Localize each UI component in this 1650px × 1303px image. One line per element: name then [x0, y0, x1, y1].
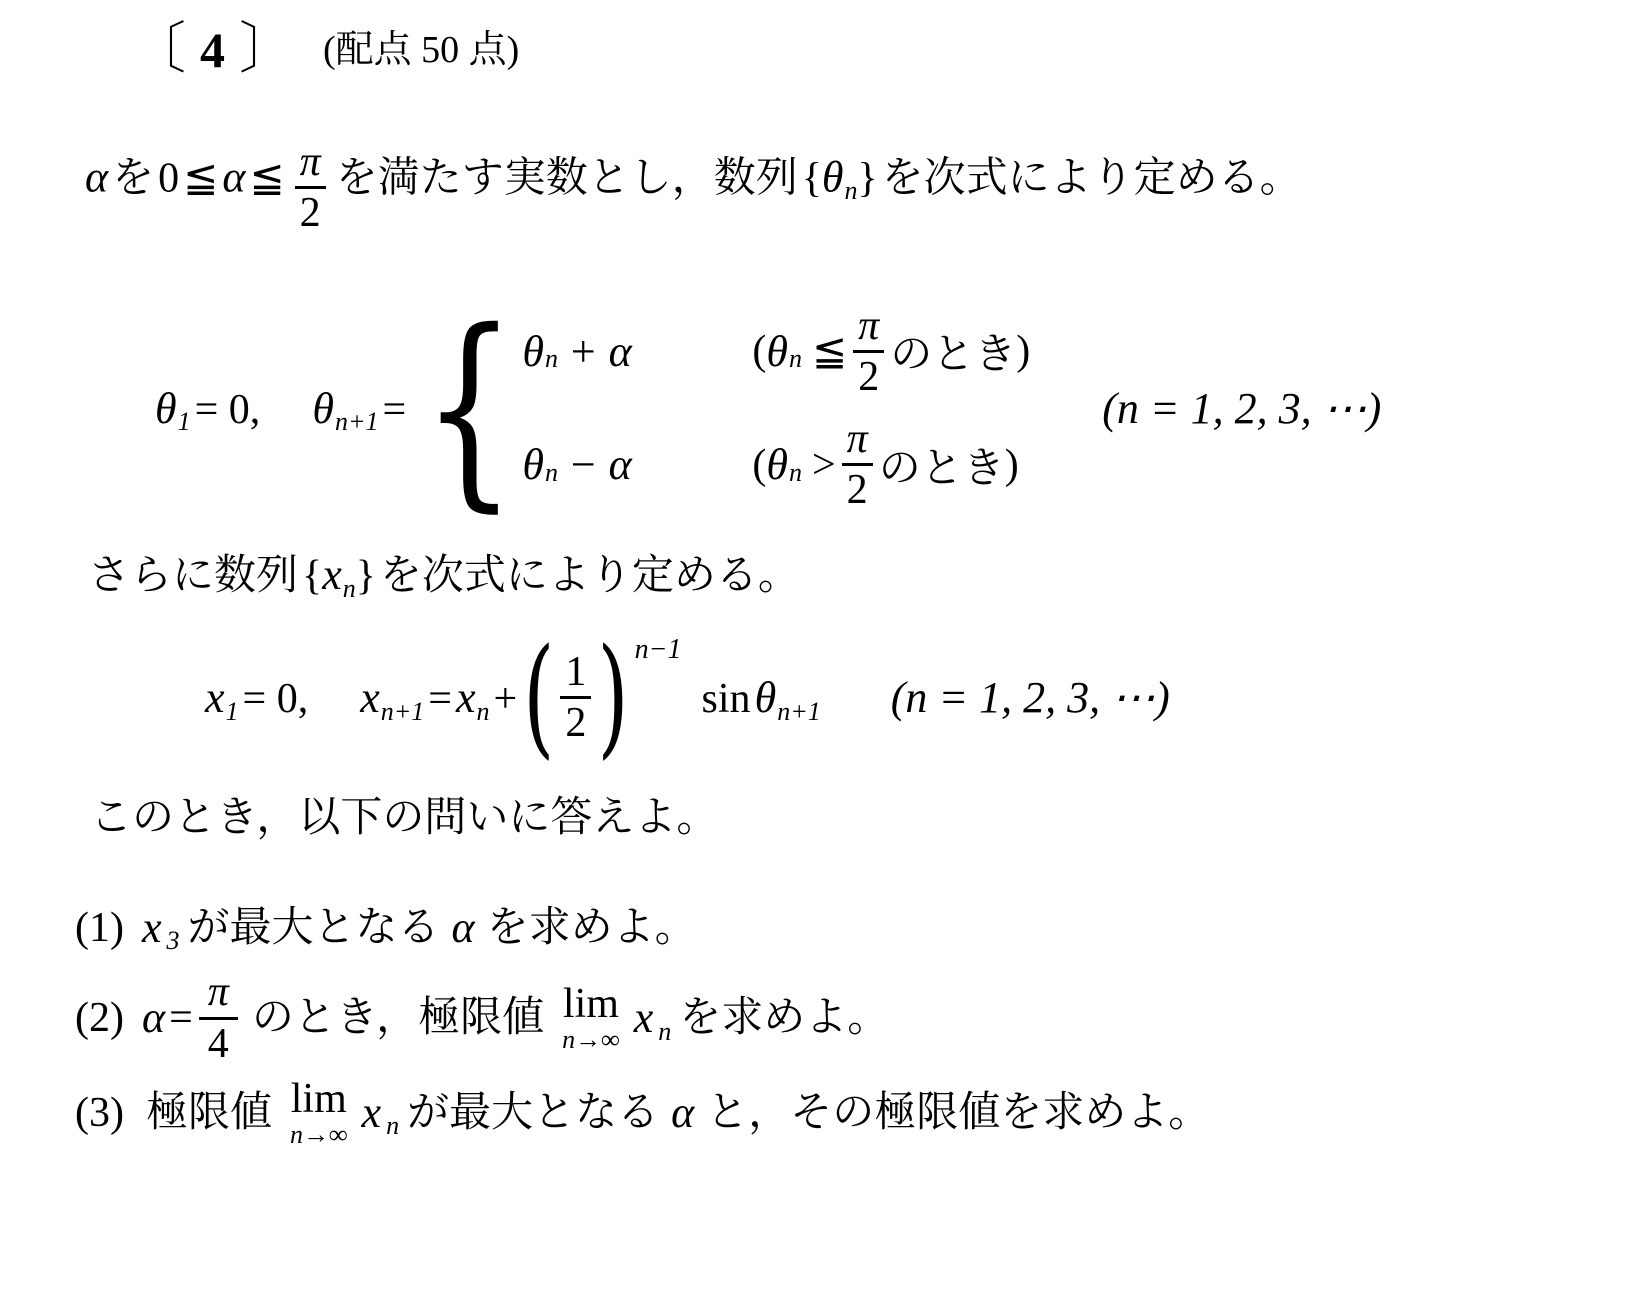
fraction-denominator: 2 [560, 699, 591, 747]
xn-term: xn [630, 992, 672, 1045]
fraction-denominator: 4 [203, 1020, 234, 1068]
alpha-symbol: α [222, 152, 245, 201]
alpha-symbol: α [85, 152, 108, 201]
x-subscript: n [658, 1017, 671, 1046]
question-3-label: (3) [75, 1088, 124, 1138]
points-label: (配点 50 点) [323, 31, 519, 69]
theta-symbol: θ [755, 673, 777, 722]
one-half-fraction: 12 [560, 648, 591, 748]
minus-alpha: − α [568, 439, 632, 490]
plus-sign: + [494, 676, 518, 722]
question-1: (1) x3 が最大となる α を求めよ。 [75, 902, 1650, 955]
theta-subscript: n [789, 346, 802, 372]
x-next-term: xn+1 = xn + [360, 672, 517, 723]
lim-subscript: n→∞ [290, 1122, 348, 1148]
case2-expression: θn− α [522, 439, 752, 490]
theta-subscript: n [845, 176, 858, 205]
particle-wo: を [112, 155, 154, 201]
case1-notoki-text: のとき [890, 321, 1016, 381]
fraction-numerator: 1 [560, 648, 591, 696]
pi-over-4-fraction: π4 [199, 968, 238, 1068]
case1-condition: (θn≦π2のとき) [752, 302, 1030, 402]
case2-condition: (θn>π2のとき) [752, 415, 1018, 515]
lead-in-sentence: このとき，以下の問いに答えよ。 [90, 793, 1650, 843]
lim-text: lim [563, 983, 619, 1025]
cases-brace: { [422, 303, 516, 513]
lim-text: lim [291, 1078, 347, 1120]
half-power-term: (12)n−1 [523, 648, 681, 748]
question-1-text-end: を求めよ。 [487, 903, 697, 953]
case1-expression: θn+ α [522, 326, 752, 377]
intro-text-end: を次式により定める。 [882, 155, 1302, 201]
x-recurrence-formula: x1 = 0, xn+1 = xn + (12)n−1 sinθn+1 (n =… [205, 648, 1650, 748]
x-subscript: n [386, 1111, 399, 1140]
power-exponent: n−1 [635, 634, 682, 666]
question-2: (2) α = π4 のとき，極限値 limn→∞ xn を求めよ。 [75, 968, 1650, 1068]
equals-sign: = [428, 676, 452, 722]
alpha-symbol: α [452, 902, 475, 955]
big-paren-close: ) [597, 633, 628, 763]
theta-next-term: θn+1 = [312, 383, 406, 434]
theta-symbol: θ [766, 326, 788, 377]
theta-subscript: n+1 [335, 407, 379, 436]
n-range-annotation: (n = 1, 2, 3, ⋯) [891, 672, 1170, 723]
theta-subscript: n [789, 460, 802, 486]
n-range-annotation: (n = 1, 2, 3, ⋯) [1102, 383, 1381, 434]
lim-subscript: n→∞ [562, 1027, 620, 1053]
fraction-denominator: 2 [295, 189, 326, 237]
limit-operator: limn→∞ [562, 983, 620, 1053]
x-subscript: n [477, 697, 490, 726]
x-subscript: n+1 [381, 697, 425, 726]
fraction-numerator: π [203, 968, 234, 1016]
theta-subscript: n [545, 346, 558, 372]
x-symbol: x [142, 903, 162, 952]
theta-subscript: n [545, 460, 558, 486]
question-1-text-mid: が最大となる [188, 903, 440, 953]
second-sequence-sentence: さらに数列 {xn} を次式により定める。 [88, 549, 1650, 602]
x-symbol: x [634, 993, 654, 1042]
fraction-numerator: π [853, 302, 884, 350]
theta-symbol: θ [522, 326, 544, 377]
plus-alpha: + α [568, 326, 632, 377]
equals-zero: = 0, [195, 387, 261, 433]
set-brace-open: { [302, 553, 322, 599]
leq-symbol: ≦ [183, 155, 218, 201]
intro-sentence: α を 0 ≦ α ≦ π2 を満たす実数とし，数列 {θn} を次式により定め… [85, 138, 1650, 238]
x-subscript: n [343, 574, 356, 603]
sin-function: sin [702, 676, 751, 722]
theta-initial-term: θ1 = 0, [155, 383, 260, 434]
x-subscript: 1 [226, 697, 239, 726]
question-2-text-mid: のとき，極限値 [252, 993, 544, 1043]
sarani-text-post: を次式により定める。 [380, 553, 800, 599]
alpha-symbol: α [671, 1087, 694, 1140]
paren-close: ) [1016, 327, 1030, 375]
theta-symbol: θ [766, 439, 788, 490]
question-3-text-end: と，その極限値を求めよ。 [706, 1088, 1210, 1138]
equals-sign: = [382, 387, 406, 433]
sin-term: sinθn+1 [688, 672, 821, 723]
x-symbol: x [362, 1088, 382, 1137]
cases-block: θn+ α (θn≦π2のとき) θn− α (θn>π2のとき) [522, 302, 1030, 515]
pi-over-2-fraction: π2 [842, 415, 873, 515]
limit-operator: limn→∞ [290, 1078, 348, 1148]
intro-text-mid: を満たす実数とし，数列 [336, 155, 798, 201]
equals-sign: = [169, 993, 193, 1043]
header-bracket-right: 〕 [239, 22, 295, 78]
fraction-denominator: 2 [853, 353, 884, 401]
big-paren-open: ( [523, 633, 554, 763]
set-brace-close: } [356, 553, 376, 599]
fraction-numerator: π [842, 415, 873, 463]
gt-symbol: > [812, 441, 836, 489]
pi-over-2-fraction: π2 [853, 302, 884, 402]
case-row-1: θn+ α (θn≦π2のとき) [522, 302, 1030, 402]
theta-symbol: θ [822, 152, 844, 201]
theta-symbol: θ [522, 439, 544, 490]
question-1-label: (1) [75, 903, 124, 953]
equals-zero: = 0, [243, 676, 309, 722]
x-symbol: x [456, 673, 476, 722]
exam-problem-page: 〔 4 〕 (配点 50 点) α を 0 ≦ α ≦ π2 を満たす実数とし，… [0, 0, 1650, 1303]
leq-symbol: ≦ [249, 155, 284, 201]
alpha-symbol: α [142, 992, 165, 1045]
x3-term: x3 [138, 902, 180, 955]
set-brace-close: } [858, 155, 878, 201]
problem-number: 4 [200, 25, 225, 75]
theta-symbol: θ [155, 384, 177, 433]
paren-close: ) [1005, 441, 1019, 489]
xn-term: xn [358, 1087, 400, 1140]
theta-subscript: 1 [178, 407, 191, 436]
question-2-text-end: を求めよ。 [679, 993, 889, 1043]
pi-over-2-fraction: π2 [295, 138, 326, 238]
theta-recurrence-formula: θ1 = 0, θn+1 = { θn+ α (θn≦π2のとき) θn− α … [155, 302, 1650, 515]
fraction-denominator: 2 [842, 466, 873, 514]
x-symbol: x [360, 673, 380, 722]
leq-symbol: ≦ [812, 326, 847, 376]
question-3-text-pre: 極限値 [146, 1088, 272, 1138]
paren-open: ( [752, 327, 766, 375]
sarani-text-pre: さらに数列 [88, 553, 298, 599]
theta-symbol: θ [312, 384, 334, 433]
x-initial-term: x1 = 0, [205, 672, 308, 723]
case-row-2: θn− α (θn>π2のとき) [522, 415, 1030, 515]
theta-subscript: n+1 [777, 697, 821, 726]
question-2-label: (2) [75, 993, 124, 1043]
fraction-numerator: π [295, 138, 326, 186]
question-3: (3) 極限値 limn→∞ xn が最大となる α と，その極限値を求めよ。 [75, 1078, 1650, 1148]
x-subscript: 3 [167, 926, 180, 955]
x-symbol: x [205, 673, 225, 722]
case2-notoki-text: のとき [879, 435, 1005, 495]
question-3-text-mid: が最大となる [407, 1088, 659, 1138]
set-brace-open: { [802, 155, 822, 201]
x-symbol: x [322, 550, 342, 599]
header-bracket-left: 〔 [130, 22, 186, 78]
paren-open: ( [752, 441, 766, 489]
problem-header: 〔 4 〕 (配点 50 点) [130, 0, 1650, 78]
zero-literal: 0 [158, 155, 179, 201]
